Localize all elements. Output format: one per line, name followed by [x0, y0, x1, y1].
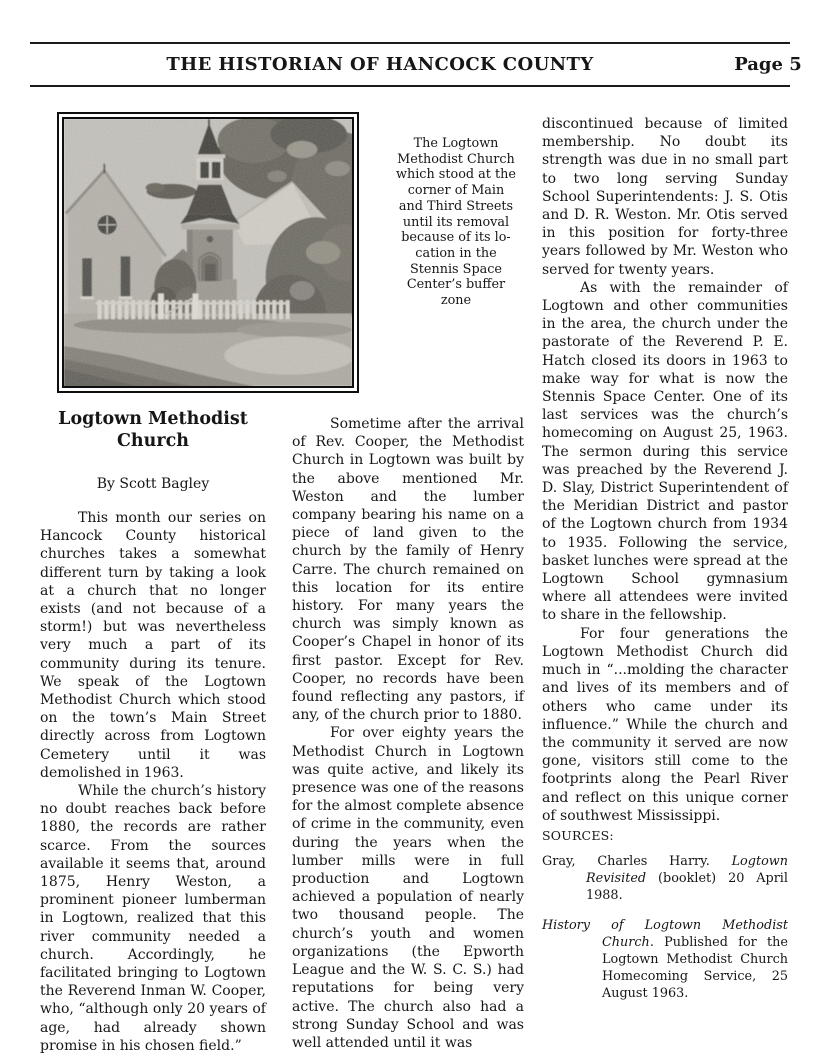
page-number: Page 5	[718, 54, 816, 75]
masthead-rule-top	[30, 42, 790, 44]
paragraph: This month our series on Hancock County …	[40, 509, 266, 782]
caption-line: The Logtown	[378, 136, 534, 152]
caption-line: cation in the	[378, 246, 534, 262]
caption-line: and Third Streets	[378, 199, 534, 215]
column-right-paragraphs: discontinued because of limited membersh…	[542, 115, 788, 825]
newsletter-page: THE HISTORIAN OF HANCOCK COUNTY Page 5	[0, 0, 816, 1056]
article-title: Logtown Methodist Church	[40, 408, 266, 452]
caption-line: Center’s buffer	[378, 277, 534, 293]
church-photo-frame	[57, 112, 359, 393]
column-middle: Sometime after the arrival of Rev. Coope…	[292, 415, 524, 1052]
masthead: THE HISTORIAN OF HANCOCK COUNTY Page 5	[30, 54, 790, 78]
caption-line: corner of Main	[378, 183, 534, 199]
source-citation: History of Logtown Methodist Church. Pub…	[542, 918, 788, 1002]
source-citation: Gray, Charles Harry. Logtown Revisited (…	[542, 854, 788, 904]
caption-line: because of its lo-	[378, 230, 534, 246]
photo-caption: The LogtownMethodist Churchwhich stood a…	[378, 136, 534, 309]
column-left: Logtown Methodist Church By Scott Bagley…	[40, 408, 266, 1055]
caption-line: zone	[378, 293, 534, 309]
masthead-rule-bottom	[30, 85, 790, 87]
column-right: discontinued because of limited membersh…	[542, 115, 788, 1002]
photo-grain	[64, 119, 352, 386]
caption-line: until its removal	[378, 215, 534, 231]
paragraph: As with the remainder of Logtown and oth…	[542, 279, 788, 625]
column-left-paragraphs: This month our series on Hancock County …	[40, 509, 266, 1055]
church-photo	[62, 117, 354, 388]
byline: By Scott Bagley	[40, 476, 266, 492]
source-author: Gray, Charles Harry.	[542, 854, 732, 869]
column-middle-paragraphs: Sometime after the arrival of Rev. Coope…	[292, 415, 524, 1052]
sources-label: SOURCES:	[542, 828, 788, 843]
paragraph: For four generations the Logtown Methodi…	[542, 625, 788, 825]
paragraph: discontinued because of limited membersh…	[542, 115, 788, 279]
caption-line: Stennis Space	[378, 262, 534, 278]
church-photo-illustration	[64, 119, 352, 386]
paragraph: For over eighty years the Methodist Chur…	[292, 724, 524, 1052]
caption-line: which stood at the	[378, 167, 534, 183]
caption-line: Methodist Church	[378, 152, 534, 168]
paragraph: While the church’s history no doubt reac…	[40, 782, 266, 1055]
paragraph: Sometime after the arrival of Rev. Coope…	[292, 415, 524, 724]
newsletter-title: THE HISTORIAN OF HANCOCK COUNTY	[90, 54, 670, 75]
